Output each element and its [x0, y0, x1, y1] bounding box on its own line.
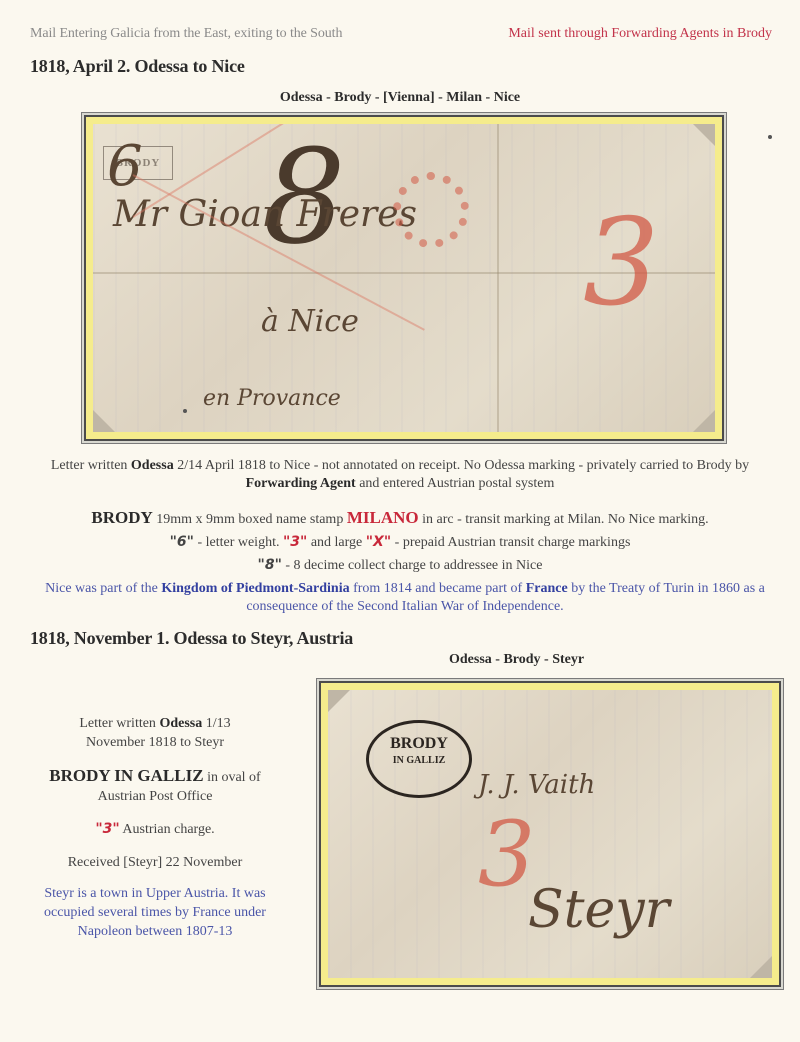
addressee-city: à Nice: [261, 304, 359, 339]
spot: [768, 135, 772, 139]
markings-line3: "8" - 8 decime collect charge to address…: [0, 554, 800, 577]
cover2-image: BRODY IN GALLIZ J. J. Vaith 3 Steyr: [328, 690, 772, 978]
cover2-mount: BRODY IN GALLIZ J. J. Vaith 3 Steyr: [319, 681, 781, 987]
side-note-stamp: BRODY IN GALLIZ in oval of Austrian Post…: [20, 766, 290, 806]
section1-markings: BRODY 19mm x 9mm boxed name stamp MILANO…: [0, 507, 800, 577]
page-header-right: Mail sent through Forwarding Agents in B…: [508, 26, 772, 42]
section1-route: Odessa - Brody - [Vienna] - Milan - Nice: [0, 90, 800, 106]
side-note-history: Steyr is a town in Upper Austria. It was…: [20, 884, 290, 941]
marking-transit: 3: [583, 204, 659, 324]
side-note-charge: "3" Austrian charge.: [20, 820, 290, 839]
brody-in-galliz-oval-stamp: BRODY IN GALLIZ: [366, 720, 472, 798]
section2-route: Odessa - Brody - Steyr: [449, 652, 584, 668]
marking-weight: 6: [107, 134, 143, 199]
milano-arc-stamp: [393, 172, 469, 248]
section2-side-notes: Letter written Odessa 1/13 November 1818…: [20, 714, 290, 941]
section1-title: 1818, April 2. Odessa to Nice: [30, 56, 245, 77]
section2-title: 1818, November 1. Odessa to Steyr, Austr…: [30, 628, 353, 649]
page-header-left: Mail Entering Galicia from the East, exi…: [30, 26, 342, 42]
cover1-mount: BRODY 6 8 Mr Gioan Freres à Nice en Prov…: [84, 115, 724, 441]
markings-line2: "6" - letter weight. "3" and large "X" -…: [0, 531, 800, 554]
markings-line1: BRODY 19mm x 9mm boxed name stamp MILANO…: [0, 507, 800, 531]
cover1-image: BRODY 6 8 Mr Gioan Freres à Nice en Prov…: [93, 124, 715, 432]
addressee-region: en Provance: [203, 386, 341, 411]
marking-charge: 3: [478, 810, 535, 900]
side-note-letter: Letter written Odessa 1/13 November 1818…: [20, 714, 290, 752]
side-note-received: Received [Steyr] 22 November: [20, 853, 290, 872]
addressee-city: Steyr: [528, 880, 670, 940]
addressee-name: J. J. Vaith: [478, 770, 595, 800]
section1-description: Letter written Odessa 2/14 April 1818 to…: [30, 457, 770, 493]
section1-history-note: Nice was part of the Kingdom of Piedmont…: [30, 580, 780, 616]
